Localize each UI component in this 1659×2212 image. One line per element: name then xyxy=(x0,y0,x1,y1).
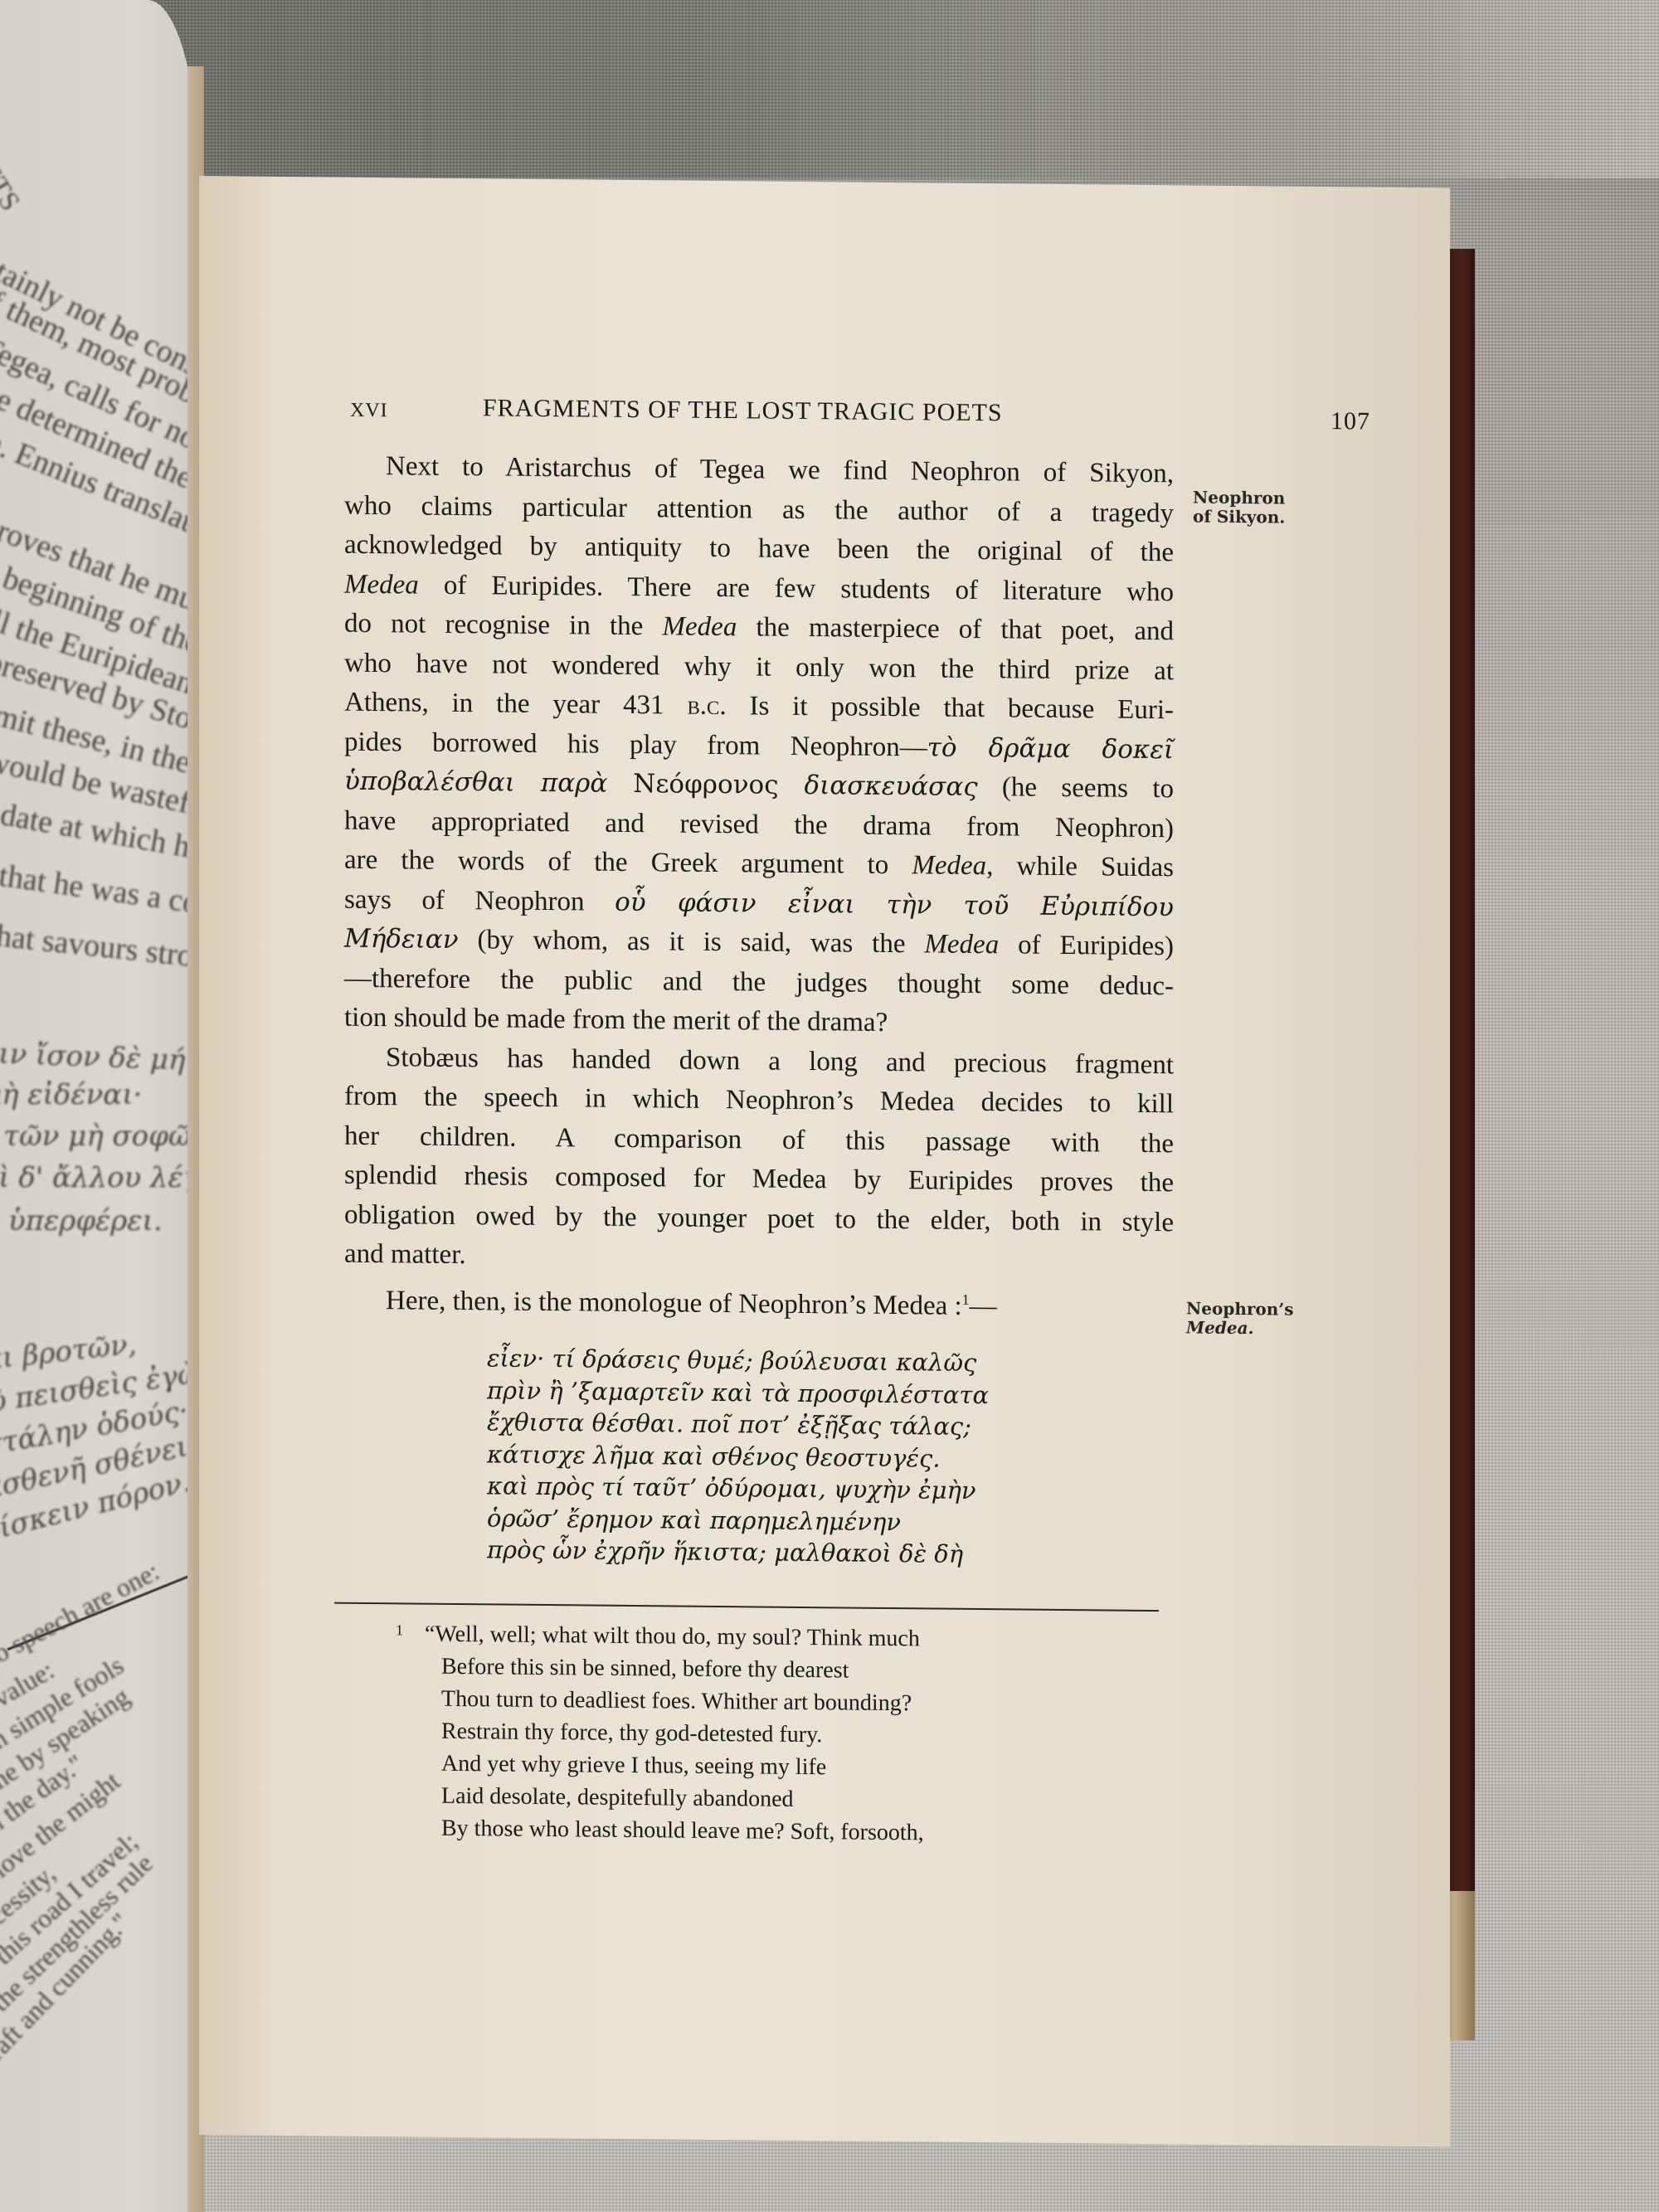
text-fragment: of Euripides. There are few students of … xyxy=(419,570,1174,607)
book-page: XVI FRAGMENTS OF THE LOST TRAGIC POETS 1… xyxy=(199,176,1450,2146)
paragraph-stobaeus: Stobæus has handed down a long and preci… xyxy=(344,1038,1174,1282)
greek-quote: τὸ δρᾶμα δοκεῖ xyxy=(927,732,1174,765)
verse-line: εἶεν· τί δράσεις θυμέ; βούλευσαι καλῶς xyxy=(487,1342,1068,1379)
verse-line: πρὸς ὧν ἐχρῆν ἥκιστα; μαλθακοὶ δὲ δὴ xyxy=(487,1534,1068,1571)
paragraph-neophron-intro: Next to Aristarchus of Tegea we find Neo… xyxy=(344,447,1174,1046)
era-abbreviation: b.c. xyxy=(687,691,726,721)
text-fragment: of Euripides) xyxy=(999,930,1174,961)
text-line: Here, then, is the monologue of Neophron… xyxy=(344,1274,1174,1328)
text-fragment: are the words of the Greek argument to xyxy=(344,845,912,881)
verse-line: καὶ πρὸς τί ταῦτ’ ὀδύρομαι, ψυχὴν ἐμὴν xyxy=(487,1470,1068,1507)
verse-line: ὁρῶσ’ ἔρημον καὶ παρημελημένην xyxy=(487,1502,1068,1539)
chapter-number: XVI xyxy=(350,400,388,422)
italic-title: Medea xyxy=(912,850,986,881)
footnote-translation: 1 “Well, well; what wilt thou do, my sou… xyxy=(400,1617,1146,1851)
footnote-reference[interactable]: 1 xyxy=(962,1291,970,1307)
verse-line: πρὶν ἢ ’ξαμαρτεῖν καὶ τὰ προσφιλέστατα xyxy=(487,1374,1068,1412)
greek-quote: Μήδειαν xyxy=(344,924,459,955)
sidenote-line: Neophron xyxy=(1193,489,1285,508)
footnote-line: By those who least should leave me? Soft… xyxy=(400,1811,1146,1851)
text-fragment: , while Suidas xyxy=(986,851,1174,882)
greek-quote: ὑποβαλέσθαι παρὰ xyxy=(344,766,633,799)
left-greek-line: ειν ἴσον δὲ μή xyxy=(0,1037,197,1078)
italic-title: Medea xyxy=(663,611,737,642)
greek-verse-block: εἶεν· τί δράσεις θυμέ; βούλευσαι καλῶς π… xyxy=(487,1342,1068,1571)
text-fragment: Here, then, is the monologue of Neophron… xyxy=(386,1286,962,1321)
text-fragment: Is it possible that because Euri- xyxy=(727,691,1174,725)
greek-quote: οὗ φάσιν εἶναι τὴν τοῦ Εὐριπίδου xyxy=(615,887,1174,921)
tablecloth-background xyxy=(149,0,1659,178)
sidenote-line: Neophron’s xyxy=(1186,1299,1294,1319)
verse-line: κάτισχε λῆμα καὶ σθένος θεοστυγές. xyxy=(487,1438,1068,1475)
sidenote-neophron-of-sikyon: Neophron of Sikyon. xyxy=(1193,489,1285,527)
text-fragment: the masterpiece of that poet, and xyxy=(737,612,1174,646)
footnote-marker: 1 xyxy=(396,1614,403,1646)
text-fragment: (by whom, as it is said, was the xyxy=(459,925,925,959)
text-line: obligation owed by the younger poet to t… xyxy=(344,1195,1174,1242)
italic-title: Medea xyxy=(924,929,999,960)
sidenote-line: Medea. xyxy=(1186,1318,1294,1338)
running-head: XVI FRAGMENTS OF THE LOST TRAGIC POETS 1… xyxy=(350,393,1370,445)
text-fragment: Athens, in the year 431 xyxy=(344,688,687,721)
left-page-line: that savours strongly xyxy=(0,916,197,979)
body-text: Next to Aristarchus of Tegea we find Neo… xyxy=(344,447,1174,1329)
italic-title: Medea xyxy=(344,569,419,600)
left-greek-line: ὑπερφέρει. xyxy=(8,1204,197,1237)
text-fragment: pides borrowed his play from Neophron— xyxy=(344,727,927,762)
text-fragment: (he seems to xyxy=(978,772,1174,804)
footnote-divider xyxy=(334,1602,1159,1612)
left-greek-line: μὴ εἰδέναι· xyxy=(0,1078,197,1111)
left-greek-line: εὶ δ' ἄλλου λέγει xyxy=(0,1161,197,1194)
text-fragment: — xyxy=(970,1291,997,1320)
sidenote-line: of Sikyon. xyxy=(1193,508,1285,527)
paragraph-monologue-intro: Here, then, is the monologue of Neophron… xyxy=(344,1274,1174,1328)
greek-name: Νεόφρονος xyxy=(633,769,778,800)
sidenote-neophrons-medea: Neophron’s Medea. xyxy=(1186,1299,1294,1338)
verse-line: ἔχθιστα θέσθαι. ποῖ ποτ’ ἐξῇξας τάλας; xyxy=(487,1406,1068,1443)
text-fragment: do not recognise in the xyxy=(344,609,663,642)
greek-quote: διασκευάσας xyxy=(779,771,978,802)
running-title: FRAGMENTS OF THE LOST TRAGIC POETS xyxy=(483,394,1003,427)
page-number: 107 xyxy=(1331,407,1370,435)
left-facing-page: OETS ertainly not be consider f them, mo… xyxy=(0,0,197,2212)
left-page-line: s that he was a contem xyxy=(0,854,197,925)
book-cover-edge xyxy=(1450,249,1475,2040)
left-greek-line: ὶ τῶν μὴ σοφῶν xyxy=(0,1120,197,1153)
text-fragment: says of Neophron xyxy=(344,884,615,916)
